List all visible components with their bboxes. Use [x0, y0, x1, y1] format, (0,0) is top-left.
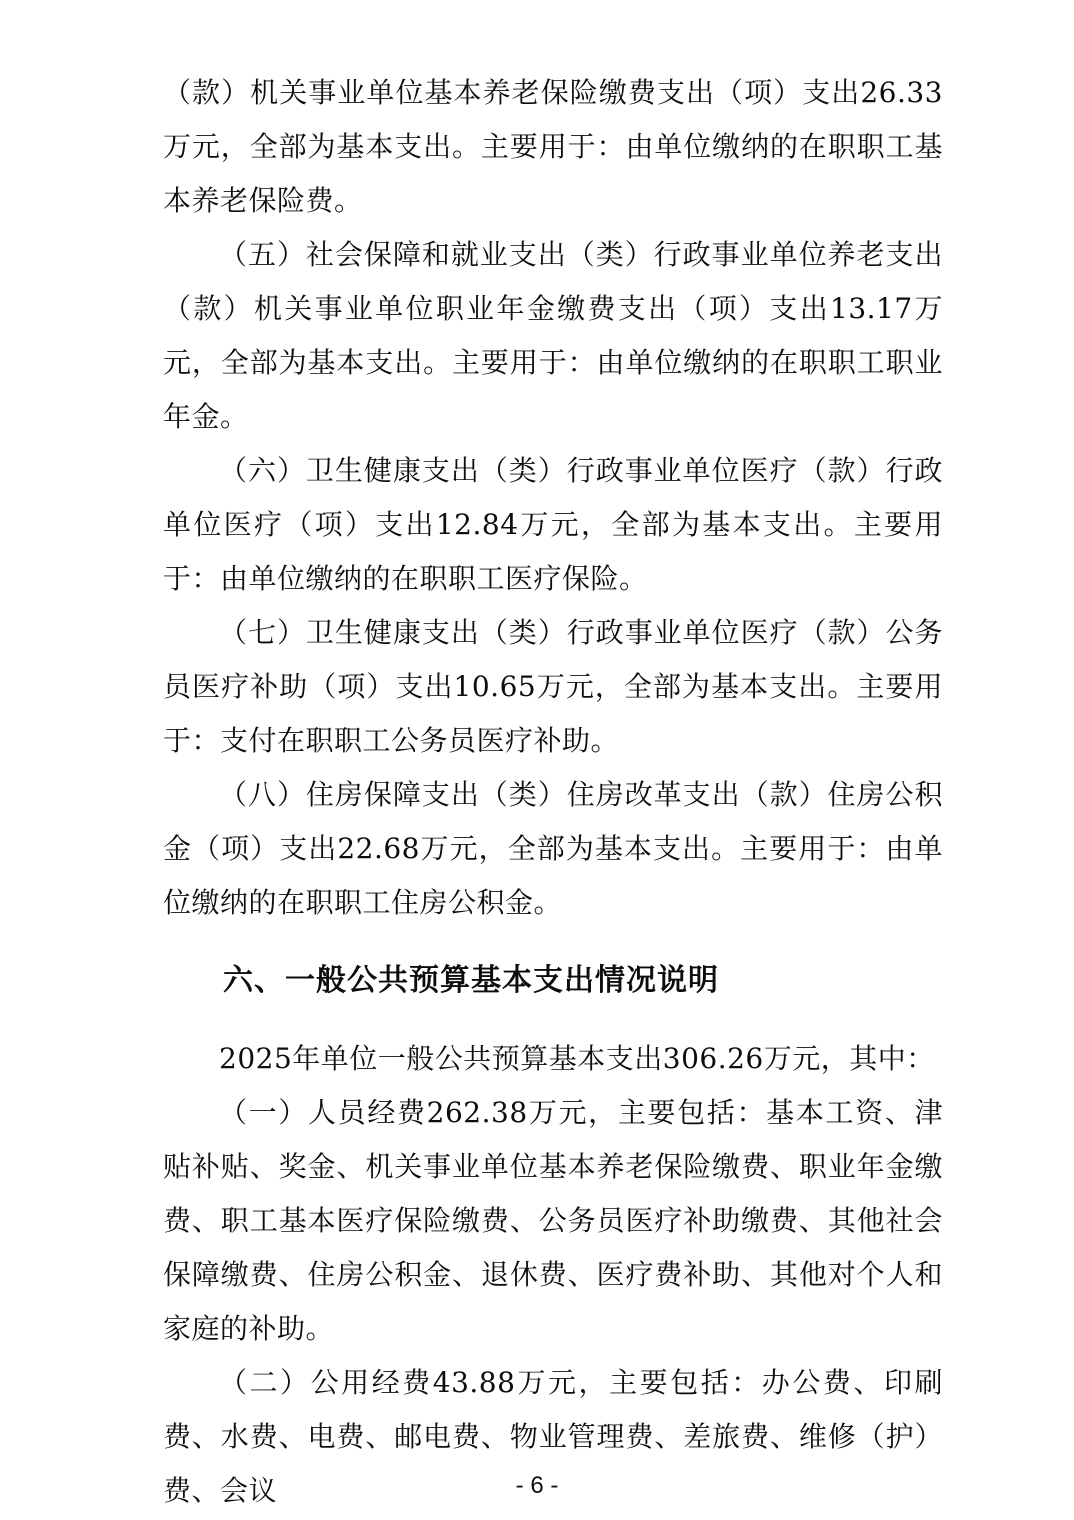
- paragraph-item-6-medical-admin-unit: （六）卫生健康支出（类）行政事业单位医疗（款）行政单位医疗（项）支出12.84万…: [163, 444, 943, 606]
- paragraph-item-1-personnel-funds: （一）人员经费262.38万元，主要包括：基本工资、津贴补贴、奖金、机关事业单位…: [163, 1086, 943, 1356]
- document-body: （款）机关事业单位基本养老保险缴费支出（项）支出26.33万元，全部为基本支出。…: [163, 66, 943, 1518]
- document-page: （款）机关事业单位基本养老保险缴费支出（项）支出26.33万元，全部为基本支出。…: [0, 0, 1074, 1520]
- page-number: - 6 -: [0, 1470, 1074, 1502]
- paragraph-item-7-civil-servant-medical-subsidy: （七）卫生健康支出（类）行政事业单位医疗（款）公务员医疗补助（项）支出10.65…: [163, 606, 943, 768]
- section-heading-basic-expenditure: 六、一般公共预算基本支出情况说明: [163, 954, 943, 1008]
- paragraph-item-5-occupational-annuity: （五）社会保障和就业支出（类）行政事业单位养老支出（款）机关事业单位职业年金缴费…: [163, 228, 943, 444]
- paragraph-item-8-housing-fund: （八）住房保障支出（类）住房改革支出（款）住房公积金（项）支出22.68万元，全…: [163, 768, 943, 930]
- paragraph-pension-contribution-continuation: （款）机关事业单位基本养老保险缴费支出（项）支出26.33万元，全部为基本支出。…: [163, 66, 943, 228]
- paragraph-basic-expenditure-total: 2025年单位一般公共预算基本支出306.26万元，其中：: [163, 1032, 943, 1086]
